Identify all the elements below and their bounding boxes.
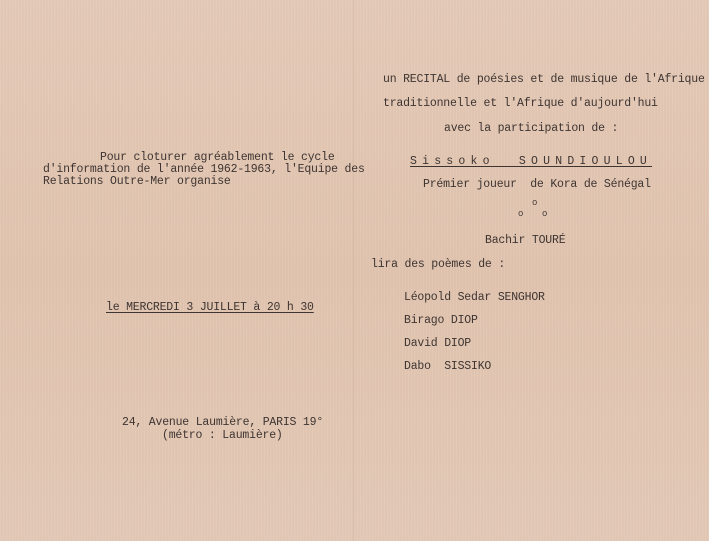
poet-3: David DIOP [404, 337, 471, 351]
participation-line: avec la participation de : [444, 122, 618, 136]
recital-line-1: un RECITAL de poésies et de musique de l… [383, 73, 705, 87]
poet-4: Dabo SISSIKO [404, 360, 491, 374]
musician-title: Prémier joueur de Kora de Sénégal [423, 178, 651, 192]
address-line-1: 24, Avenue Laumière, PARIS 19° [122, 416, 323, 430]
recital-line-2: traditionnelle et l'Afrique d'aujourd'hu… [383, 97, 658, 111]
reader-name: Bachir TOURÉ [485, 234, 565, 248]
poet-1: Léopold Sedar SENGHOR [404, 291, 545, 305]
event-date: le MERCREDI 3 JUILLET à 20 h 30 [106, 301, 314, 315]
musician-name: Sissoko SOUNDIOULOU [410, 155, 652, 169]
ornament-dot-top: o [532, 198, 537, 208]
address-line-2: (métro : Laumière) [162, 429, 283, 443]
intro-line-3: Relations Outre-Mer organise [43, 175, 231, 189]
ornament-dot-left: o [518, 209, 523, 219]
reads-line: lira des poèmes de : [371, 258, 505, 272]
poet-2: Birago DIOP [404, 314, 478, 328]
center-fold [352, 0, 355, 541]
ornament-dot-right: o [542, 209, 547, 219]
